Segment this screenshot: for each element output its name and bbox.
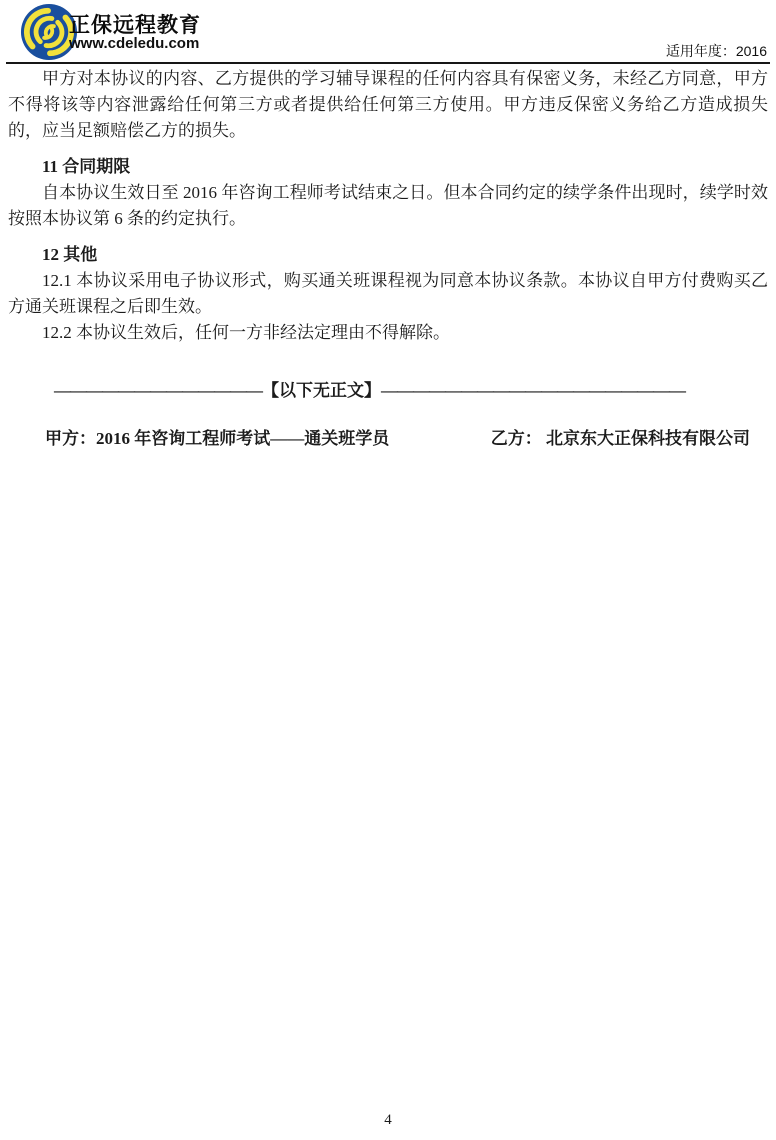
header-divider-rule: [6, 62, 770, 64]
section-12-heading: 12 其他: [8, 242, 768, 268]
no-more-text-divider: —————————————【以下无正文】———————————————————: [8, 378, 768, 404]
page-number: 4: [0, 1112, 776, 1129]
section-11-paragraph: 自本协议生效日至 2016 年咨询工程师考试结束之日。但本合同约定的续学条件出现…: [8, 180, 768, 232]
clause-12-2: 12.2 本协议生效后，任何一方非经法定理由不得解除。: [8, 320, 768, 346]
contract-body: 甲方对本协议的内容、乙方提供的学习辅导课程的任何内容具有保密义务，未经乙方同意，…: [8, 66, 768, 452]
divider-right-dashes: ———————————————————: [381, 381, 685, 400]
applicable-year-label: 适用年度：2016: [666, 41, 767, 61]
section-11-heading: 11 合同期限: [8, 154, 768, 180]
clause-12-1: 12.1 本协议采用电子协议形式，购买通关班课程视为同意本协议条款。本协议自甲方…: [8, 268, 768, 320]
brand-url: www.cdeledu.com: [69, 35, 199, 52]
signature-row: 甲方：2016 年咨询工程师考试——通关班学员 乙方： 北京东大正保科技有限公司: [8, 426, 768, 452]
clause-confidentiality: 甲方对本协议的内容、乙方提供的学习辅导课程的任何内容具有保密义务，未经乙方同意，…: [8, 66, 768, 144]
party-b-signature: 乙方： 北京东大正保科技有限公司: [491, 426, 750, 452]
document-page: 正保远程教育 www.cdeledu.com 适用年度：2016 甲方对本协议的…: [0, 0, 776, 1140]
divider-left-dashes: —————————————: [54, 381, 262, 400]
party-a-signature: 甲方：2016 年咨询工程师考试——通关班学员: [45, 426, 389, 452]
divider-label: 【以下无正文】: [262, 381, 381, 400]
